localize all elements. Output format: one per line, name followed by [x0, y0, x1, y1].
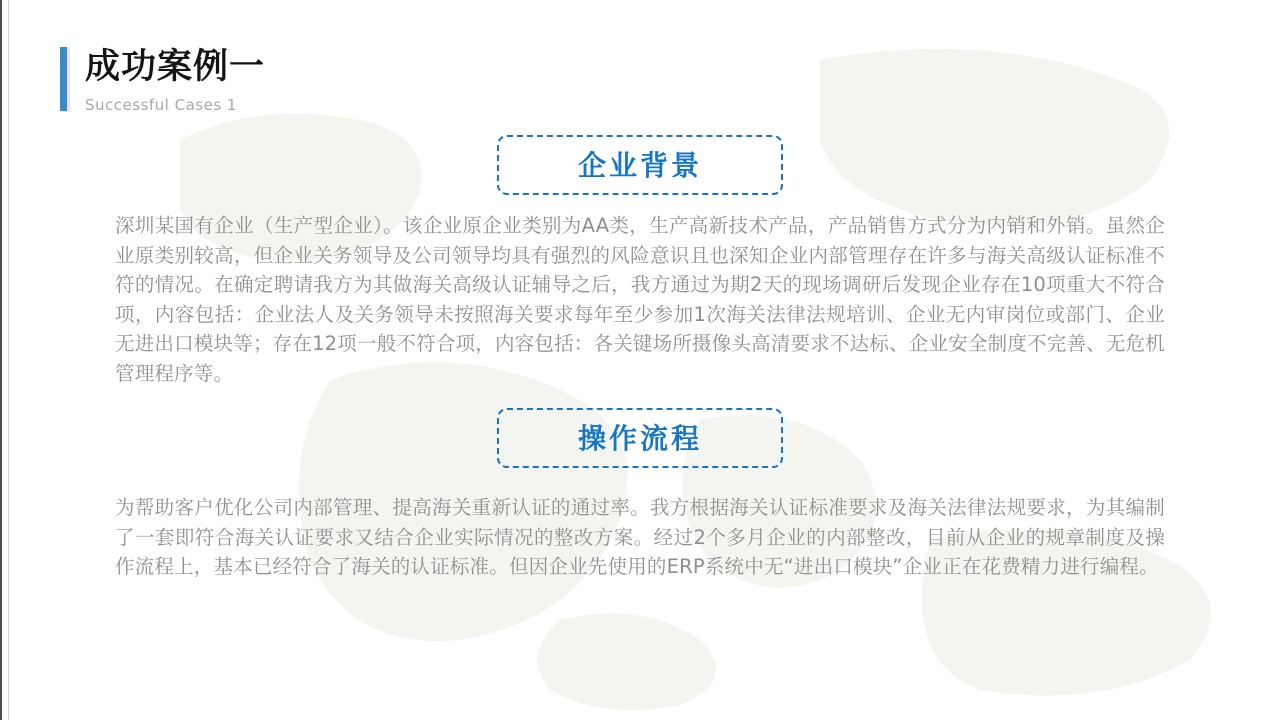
- section-badge-enterprise-background: 企业背景: [497, 135, 783, 195]
- operation-process-paragraph: 为帮助客户优化公司内部管理、提高海关重新认证的通过率。我方根据海关认证标准要求及…: [115, 493, 1165, 582]
- page-title: 成功案例一: [85, 45, 265, 89]
- enterprise-background-paragraph: 深圳某国有企业（生产型企业）。该企业原企业类别为AA类，生产高新技术产品，产品销…: [115, 211, 1165, 388]
- slide-content: 企业背景 深圳某国有企业（生产型企业）。该企业原企业类别为AA类，生产高新技术产…: [60, 135, 1165, 582]
- slide: 成功案例一 Successful Cases 1 企业背景 深圳某国有企业（生产…: [0, 0, 1279, 720]
- page-subtitle: Successful Cases 1: [85, 96, 265, 114]
- slide-header: 成功案例一 Successful Cases 1: [60, 45, 1165, 114]
- section-badge-operation-process: 操作流程: [497, 408, 783, 468]
- title-accent-bar: [60, 47, 67, 111]
- title-block: 成功案例一 Successful Cases 1: [85, 45, 265, 114]
